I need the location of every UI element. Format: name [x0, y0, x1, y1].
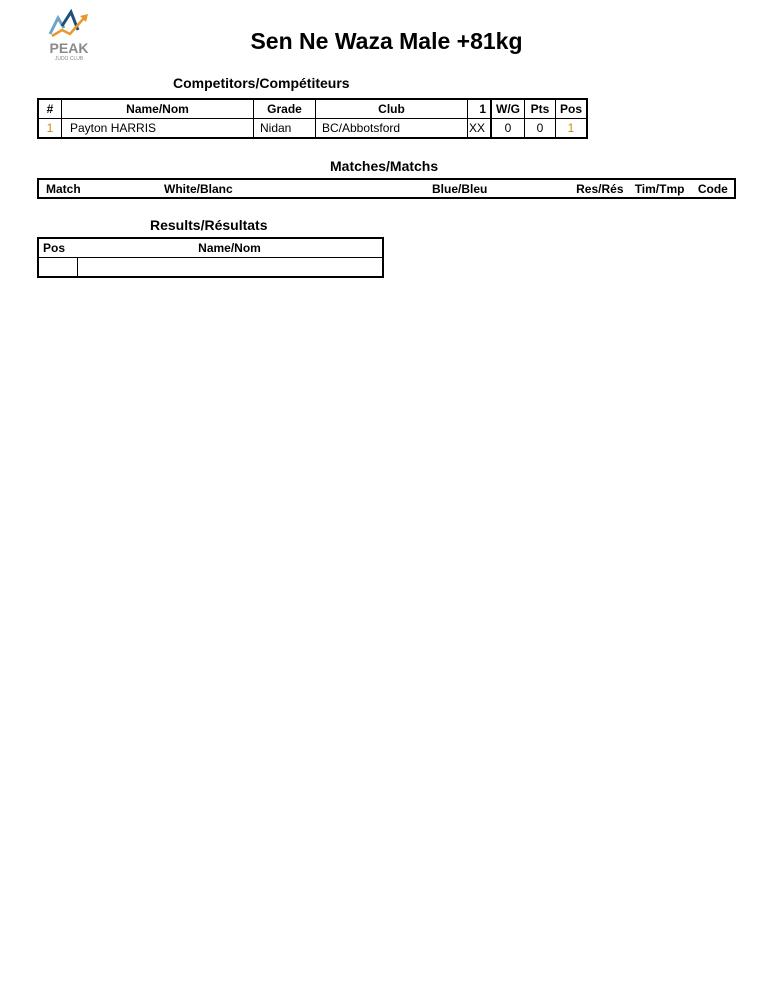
table-header-row: Match White/Blanc Blue/Bleu Res/Rés Tim/…: [38, 179, 735, 198]
competitor-number: 1: [38, 119, 62, 139]
col-name: Name/Nom: [62, 99, 254, 119]
competitor-wg: 0: [491, 119, 525, 139]
competitor-club: BC/Abbotsford: [316, 119, 468, 139]
col-pos: Pos: [556, 99, 588, 119]
matches-table: Match White/Blanc Blue/Bleu Res/Rés Tim/…: [37, 178, 736, 199]
col-grade: Grade: [254, 99, 316, 119]
competitors-table: # Name/Nom Grade Club 1 W/G Pts Pos 1 Pa…: [37, 98, 588, 139]
table-header-row: Pos Name/Nom: [38, 238, 383, 258]
table-header-row: # Name/Nom Grade Club 1 W/G Pts Pos: [38, 99, 587, 119]
page-title: Sen Ne Waza Male +81kg: [0, 28, 765, 55]
col-time: Tim/Tmp: [628, 179, 692, 198]
matches-title: Matches/Matchs: [330, 158, 438, 174]
col-round-1: 1: [468, 99, 492, 119]
col-name: Name/Nom: [77, 238, 383, 258]
col-code: Code: [692, 179, 735, 198]
competitor-grade: Nidan: [254, 119, 316, 139]
col-num: #: [38, 99, 62, 119]
competitor-pts: 0: [525, 119, 556, 139]
col-pos: Pos: [38, 238, 77, 258]
col-pts: Pts: [525, 99, 556, 119]
competitor-name: Payton HARRIS: [62, 119, 254, 139]
competitor-pos: 1: [556, 119, 588, 139]
result-pos: [38, 258, 77, 278]
competitor-round-1: XX: [468, 119, 492, 139]
col-wg: W/G: [491, 99, 525, 119]
col-club: Club: [316, 99, 468, 119]
svg-text:JUDO CLUB: JUDO CLUB: [55, 56, 84, 62]
results-title: Results/Résultats: [150, 217, 267, 233]
result-name: [77, 258, 383, 278]
col-result: Res/Rés: [566, 179, 628, 198]
col-blue: Blue/Bleu: [428, 179, 566, 198]
col-white: White/Blanc: [160, 179, 428, 198]
results-table: Pos Name/Nom: [37, 237, 384, 278]
table-row: 1 Payton HARRIS Nidan BC/Abbotsford XX 0…: [38, 119, 587, 139]
col-match: Match: [38, 179, 160, 198]
competitors-title: Competitors/Compétiteurs: [173, 75, 350, 91]
table-row: [38, 258, 383, 278]
